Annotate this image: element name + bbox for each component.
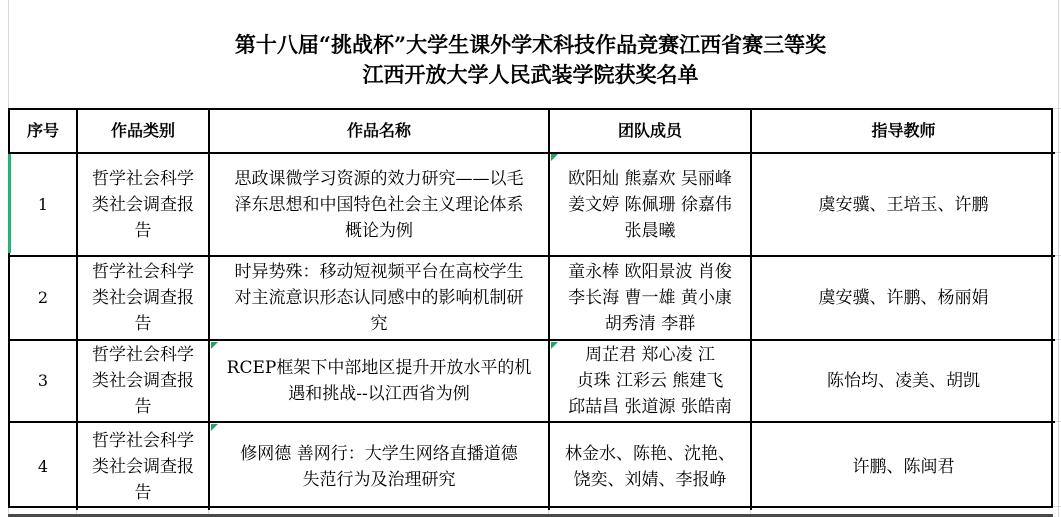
gridline-right-margin: [1053, 108, 1061, 109]
cell-advisors[interactable]: 虞安骥、王培玉、许鹏: [752, 154, 1055, 257]
gridline-vertical-right: [1058, 0, 1059, 517]
title-line-2: 江西开放大学人民武装学院获奖名单: [8, 60, 1053, 90]
cell-team[interactable]: 欧阳灿 熊嘉欢 吴丽峰 姜文婷 陈佩珊 徐嘉伟 张晨曦: [550, 154, 752, 257]
cell-error-triangle-icon: [211, 424, 218, 431]
cell-advisors[interactable]: 虞安骥、许鹏、杨丽娟: [752, 257, 1055, 341]
cell-work-title[interactable]: 修网德 善网行：大学生网络直播道德 失范行为及治理研究: [210, 423, 550, 510]
cell-error-triangle-icon: [211, 342, 218, 349]
column-header-team: 团队成员: [550, 110, 752, 154]
cell-error-triangle-icon: [551, 154, 558, 161]
column-header-no: 序号: [10, 110, 78, 154]
cell-advisors[interactable]: 陈怡均、凌美、胡凯: [752, 341, 1055, 423]
cell-advisors[interactable]: 许鹏、陈闽君: [752, 423, 1055, 510]
row-selection-green-bar: [8, 154, 11, 253]
cell-no[interactable]: 2: [10, 257, 78, 341]
cell-no[interactable]: 1: [10, 154, 78, 257]
cell-category[interactable]: 哲学社会科学 类社会调查报 告: [78, 341, 210, 423]
column-header-work-title: 作品名称: [210, 110, 550, 154]
cell-error-triangle-icon: [551, 342, 558, 349]
cell-category[interactable]: 哲学社会科学 类社会调查报 告: [78, 423, 210, 510]
cell-team[interactable]: 周芷君 郑心凌 江 贞珠 江彩云 熊建飞 邱喆昌 张道源 张皓南: [550, 341, 752, 423]
title-line-1: 第十八届“挑战杯”大学生课外学术科技作品竞赛江西省赛三等奖: [8, 30, 1053, 60]
cell-work-title[interactable]: 时异势殊：移动短视频平台在高校学生 对主流意识形态认同感中的影响机制研 究: [210, 257, 550, 341]
cell-category[interactable]: 哲学社会科学 类社会调查报 告: [78, 257, 210, 341]
column-header-category: 作品类别: [78, 110, 210, 154]
cell-no[interactable]: 4: [10, 423, 78, 510]
cell-team[interactable]: 童永棒 欧阳景波 肖俊 李长海 曹一雄 黄小康 胡秀清 李群: [550, 257, 752, 341]
cell-no[interactable]: 3: [10, 341, 78, 423]
awards-table: 序号 作品类别 作品名称 团队成员 指导教师 1 哲学社会科学 类社会调查报 告…: [8, 108, 1053, 508]
column-header-advisors: 指导教师: [752, 110, 1055, 154]
cell-category[interactable]: 哲学社会科学 类社会调查报 告: [78, 154, 210, 257]
cell-team[interactable]: 林金水、陈艳、沈艳、 饶奕、刘婧、李报峥: [550, 423, 752, 510]
cell-work-title[interactable]: RCEP框架下中部地区提升开放水平的机 遇和挑战--以江西省为例: [210, 341, 550, 423]
document-title: 第十八届“挑战杯”大学生课外学术科技作品竞赛江西省赛三等奖 江西开放大学人民武装…: [8, 30, 1053, 90]
cell-work-title[interactable]: 思政课微学习资源的效力研究——以毛 泽东思想和中国特色社会主义理论体系 概论为例: [210, 154, 550, 257]
